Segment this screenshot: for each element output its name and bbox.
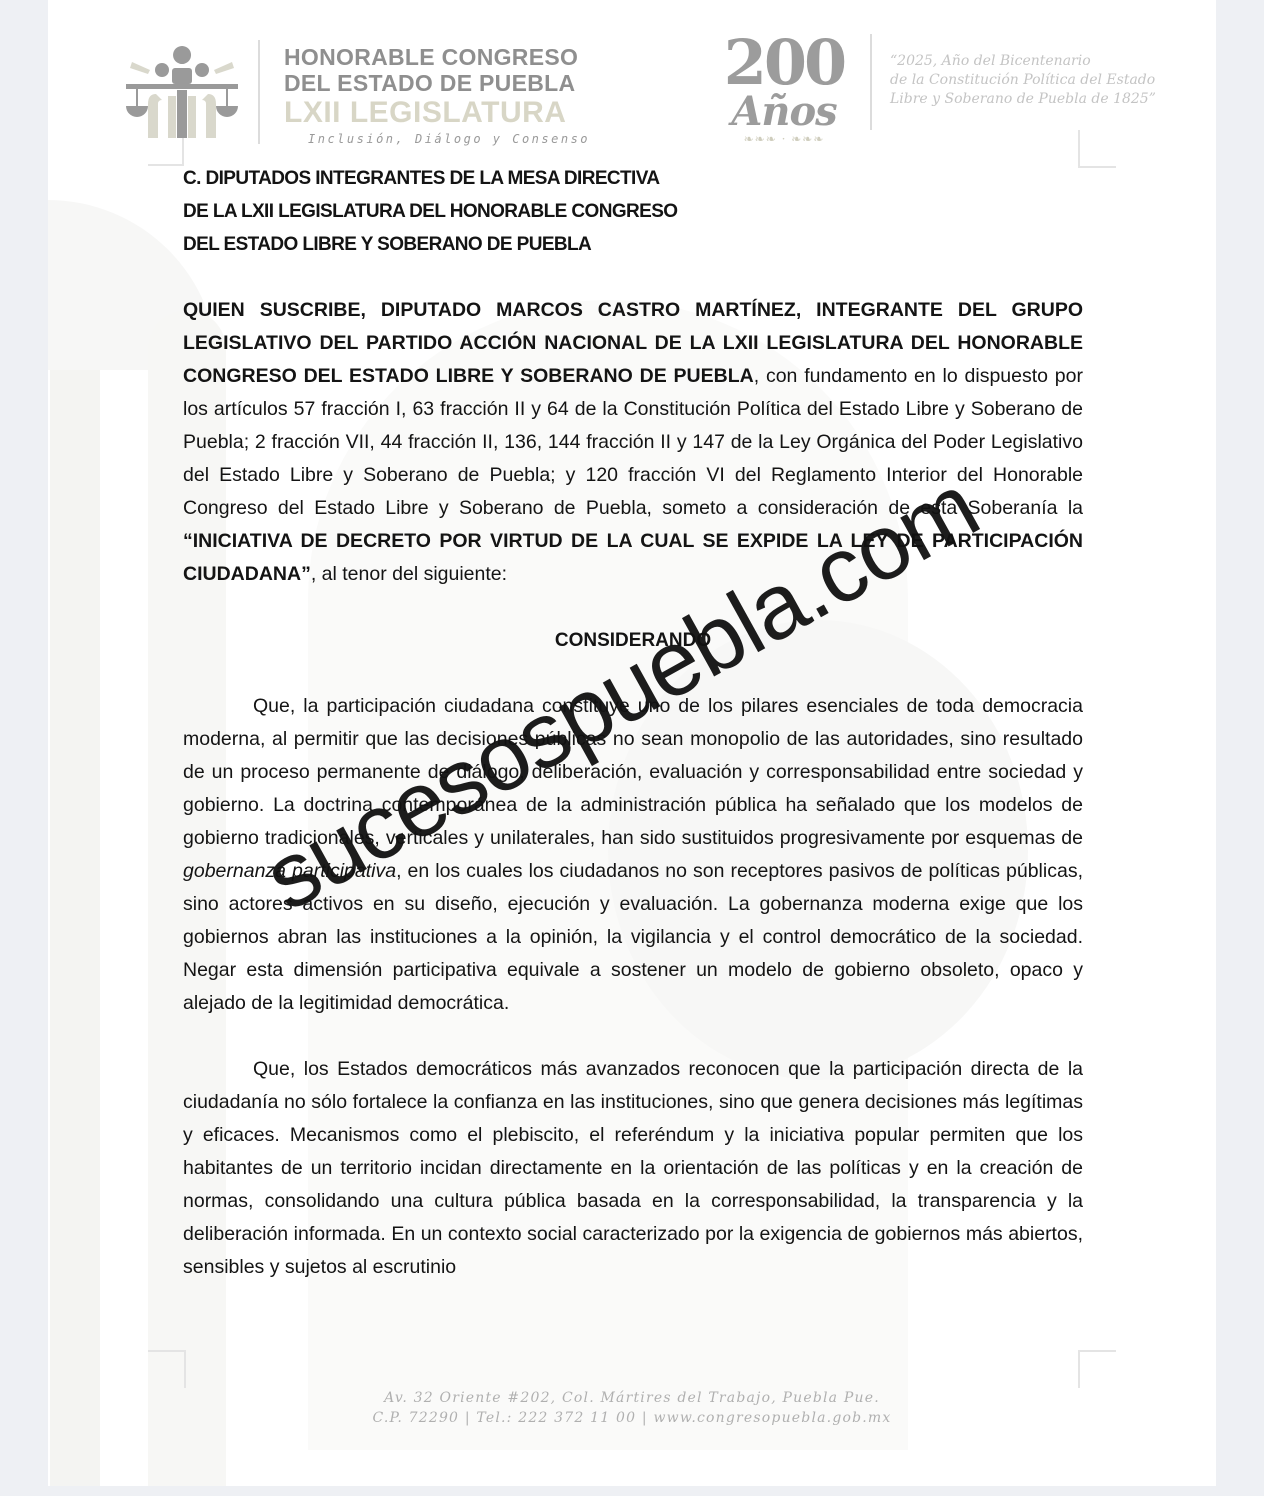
crop-mark-bottom-left (148, 1350, 186, 1388)
congress-emblem-icon (122, 40, 242, 140)
year-motto-line: de la Constitución Política del Estado (890, 71, 1156, 90)
year-motto-line: “2025, Año del Bicentenario (890, 52, 1156, 71)
bicentennial-number: 200 (714, 34, 854, 92)
org-name-line: DEL ESTADO DE PUEBLA (284, 70, 590, 96)
addressee-line: C. DIPUTADOS INTEGRANTES DE LA MESA DIRE… (183, 162, 1083, 195)
year-motto: “2025, Año del Bicentenario de la Consti… (890, 52, 1156, 109)
crop-mark-top-right (1078, 130, 1116, 168)
year-motto-line: Libre y Soberano de Puebla de 1825” (890, 90, 1156, 109)
header-divider (258, 40, 260, 144)
org-name-line: HONORABLE CONGRESO (284, 44, 590, 70)
addressee-line: DEL ESTADO LIBRE Y SOBERANO DE PUEBLA (183, 228, 1083, 261)
footer-line: Av. 32 Oriente #202, Col. Mártires del T… (48, 1388, 1216, 1408)
document-page: HONORABLE CONGRESO DEL ESTADO DE PUEBLA … (48, 0, 1216, 1486)
legislature-name: LXII LEGISLATURA (284, 96, 590, 130)
footer-address: Av. 32 Oriente #202, Col. Mártires del T… (48, 1388, 1216, 1428)
considerando-paragraph: Que, los Estados democráticos más avanza… (183, 1053, 1083, 1284)
congress-name-block: HONORABLE CONGRESO DEL ESTADO DE PUEBLA … (284, 44, 590, 146)
background-emblem-column (50, 210, 100, 1486)
footer-line: C.P. 72290 | Tel.: 222 372 11 00 | www.c… (48, 1408, 1216, 1428)
intro-tail: , al tenor del siguiente: (311, 563, 507, 585)
bicentennial-word: Años (714, 92, 854, 132)
header-divider (870, 34, 872, 130)
addressee-block: C. DIPUTADOS INTEGRANTES DE LA MESA DIRE… (183, 162, 1083, 261)
crop-mark-bottom-right (1078, 1350, 1116, 1388)
paragraph-text: Que, los Estados democráticos más avanza… (183, 1058, 1083, 1278)
org-motto: Inclusión, Diálogo y Consenso (308, 132, 590, 146)
bicentennial-logo: 200 Años ❧❧❧ · ❧❧❧ (714, 34, 854, 146)
addressee-line: DE LA LXII LEGISLATURA DEL HONORABLE CON… (183, 195, 1083, 228)
